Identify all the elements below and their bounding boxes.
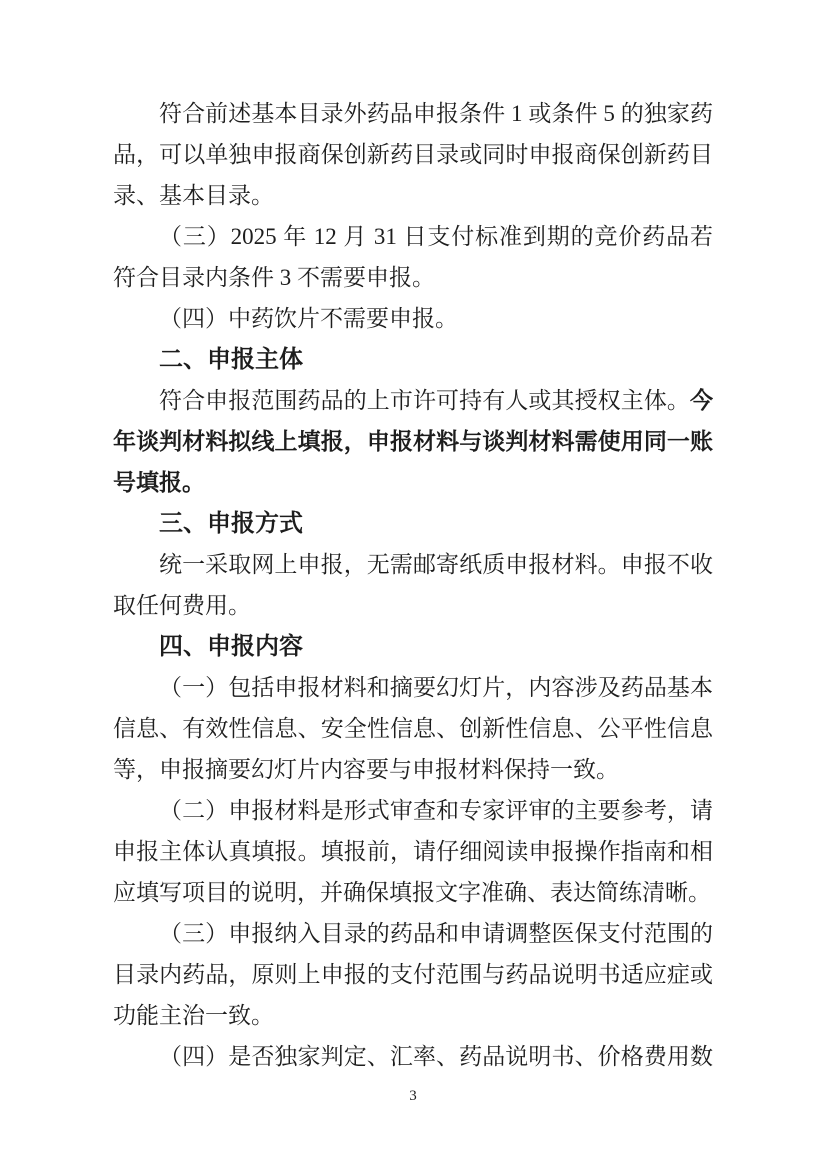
heading-line: 二、申报主体: [113, 339, 713, 380]
para-content-item-2: （二）申报材料是形式审查和专家评审的主要参考，请申报主体认真填报。填报前，请仔细…: [113, 790, 713, 913]
text-line: （三）2025 年 12 月 31 日支付标准到期的竞价药品若不: [113, 216, 713, 257]
text-segment: 应填写项目的说明，并确保填报文字准确、表达简练清晰。: [113, 880, 711, 905]
text-segment: 统一采取网上申报，无需邮寄纸质申报材料。申报不收: [159, 552, 713, 577]
text-line: 功能主治一致。: [113, 995, 713, 1036]
text-line: （四）中药饮片不需要申报。: [113, 298, 713, 339]
text-segment: （三）2025 年 12 月 31 日支付标准到期的竞价药品若不: [159, 224, 713, 257]
text-segment: 功能主治一致。: [113, 1003, 274, 1028]
text-line: 目录内药品，原则上申报的支付范围与药品说明书适应症或: [113, 954, 713, 995]
para-exclusive-drug-catalog: 符合前述基本目录外药品申报条件 1 或条件 5 的独家药品，可以单独申报商保创新…: [113, 93, 713, 216]
heading-4-application-content: 四、申报内容: [113, 626, 713, 667]
para-content-item-3: （三）申报纳入目录的药品和申请调整医保支付范围的目录内药品，原则上申报的支付范围…: [113, 913, 713, 1036]
para-item-3-bidding-drugs: （三）2025 年 12 月 31 日支付标准到期的竞价药品若不符合目录内条件 …: [113, 216, 713, 298]
text-segment: （一）包括申报材料和摘要幻灯片，内容涉及药品基本: [159, 675, 713, 700]
text-line: 号填报。: [113, 462, 713, 503]
bold-text-segment: 四、申报内容: [159, 633, 303, 660]
text-line: 品，可以单独申报商保创新药目录或同时申报商保创新药目: [113, 134, 713, 175]
text-line: （三）申报纳入目录的药品和申请调整医保支付范围的: [113, 913, 713, 954]
text-line: 录、基本目录。: [113, 175, 713, 216]
document-body: 符合前述基本目录外药品申报条件 1 或条件 5 的独家药品，可以单独申报商保创新…: [0, 0, 826, 1077]
text-line: 符合前述基本目录外药品申报条件 1 或条件 5 的独家药: [113, 93, 713, 134]
text-line: 取任何费用。: [113, 585, 713, 626]
para-content-item-1: （一）包括申报材料和摘要幻灯片，内容涉及药品基本信息、有效性信息、安全性信息、创…: [113, 667, 713, 790]
bold-text-segment: 今: [690, 387, 713, 413]
bold-text-segment: 年谈判材料拟线上填报，申报材料与谈判材料需使用同一账: [113, 428, 713, 454]
heading-line: 三、申报方式: [113, 503, 713, 544]
para-item-4-tcm-pieces: （四）中药饮片不需要申报。: [113, 298, 713, 339]
bold-text-segment: 二、申报主体: [159, 346, 303, 373]
text-line: 申报主体认真填报。填报前，请仔细阅读申报操作指南和相: [113, 831, 713, 872]
text-segment: 品，可以单独申报商保创新药目录或同时申报商保创新药目: [113, 142, 713, 167]
heading-3-application-method: 三、申报方式: [113, 503, 713, 544]
document-page: 符合前述基本目录外药品申报条件 1 或条件 5 的独家药品，可以单独申报商保创新…: [0, 0, 826, 1160]
page-footer: 3: [0, 1087, 826, 1105]
text-segment: 取任何费用。: [113, 593, 251, 618]
text-segment: 符合前述基本目录外药品申报条件 1 或条件 5 的独家药: [159, 101, 713, 126]
text-segment: 申报主体认真填报。填报前，请仔细阅读申报操作指南和相: [113, 839, 713, 864]
text-segment: （四）中药饮片不需要申报。: [159, 306, 458, 331]
text-line: 应填写项目的说明，并确保填报文字准确、表达简练清晰。: [113, 872, 713, 913]
text-segment: 符合目录内条件 3 不需要申报。: [113, 265, 435, 290]
text-segment: 信息、有效性信息、安全性信息、创新性信息、公平性信息: [113, 716, 713, 741]
heading-2-application-subject: 二、申报主体: [113, 339, 713, 380]
para-content-item-4: （四）是否独家判定、汇率、药品说明书、价格费用数: [113, 1036, 713, 1077]
text-line: 年谈判材料拟线上填报，申报材料与谈判材料需使用同一账: [113, 421, 713, 462]
text-segment: （四）是否独家判定、汇率、药品说明书、价格费用数: [159, 1044, 713, 1069]
text-segment: 等，申报摘要幻灯片内容要与申报材料保持一致。: [113, 757, 619, 782]
text-line: （四）是否独家判定、汇率、药品说明书、价格费用数: [113, 1036, 713, 1077]
bold-text-segment: 号填报。: [113, 469, 205, 495]
text-segment: （三）申报纳入目录的药品和申请调整医保支付范围的: [159, 921, 713, 946]
text-segment: 目录内药品，原则上申报的支付范围与药品说明书适应症或: [113, 962, 713, 987]
text-line: 符合申报范围药品的上市许可持有人或其授权主体。今: [113, 380, 713, 421]
heading-line: 四、申报内容: [113, 626, 713, 667]
para-application-method: 统一采取网上申报，无需邮寄纸质申报材料。申报不收取任何费用。: [113, 544, 713, 626]
text-line: 统一采取网上申报，无需邮寄纸质申报材料。申报不收: [113, 544, 713, 585]
text-line: 信息、有效性信息、安全性信息、创新性信息、公平性信息: [113, 708, 713, 749]
bold-text-segment: 三、申报方式: [159, 510, 303, 537]
text-segment: （二）申报材料是形式审查和专家评审的主要参考，请: [159, 798, 713, 823]
text-segment: 符合申报范围药品的上市许可持有人或其授权主体。: [159, 388, 690, 413]
text-segment: 录、基本目录。: [113, 183, 274, 208]
text-line: （二）申报材料是形式审查和专家评审的主要参考，请: [113, 790, 713, 831]
text-line: （一）包括申报材料和摘要幻灯片，内容涉及药品基本: [113, 667, 713, 708]
text-line: 等，申报摘要幻灯片内容要与申报材料保持一致。: [113, 749, 713, 790]
text-line: 符合目录内条件 3 不需要申报。: [113, 257, 713, 298]
para-application-subject: 符合申报范围药品的上市许可持有人或其授权主体。今年谈判材料拟线上填报，申报材料与…: [113, 380, 713, 503]
page-number: 3: [409, 1088, 417, 1104]
